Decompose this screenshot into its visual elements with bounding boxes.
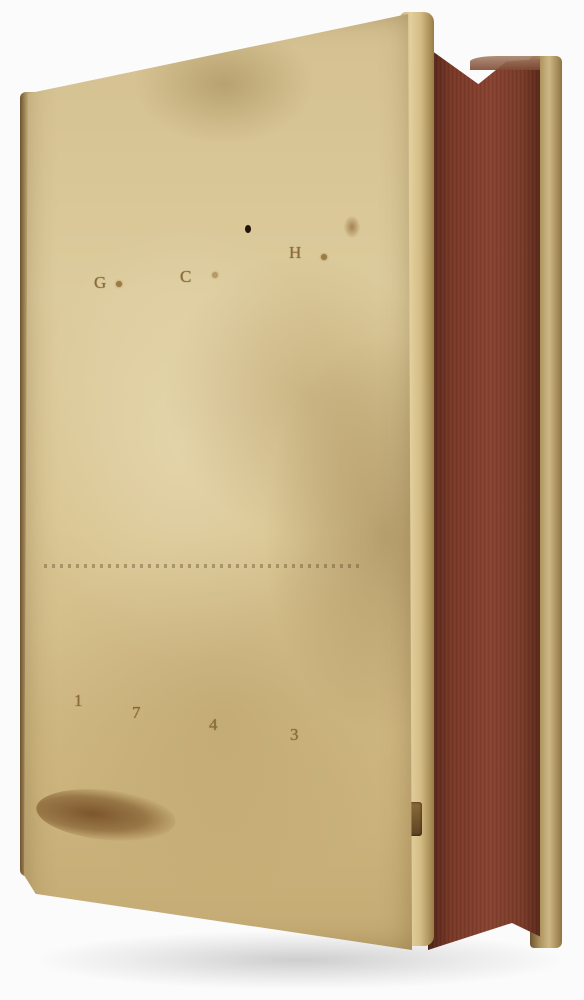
book-photo: G C H 1 7 4 3 [0, 0, 584, 1000]
initial-g: G [94, 274, 106, 291]
red-page-edges [428, 48, 540, 950]
stain-spot [344, 216, 360, 238]
floor-shadow [30, 930, 570, 990]
year-digit-4: 4 [209, 716, 218, 733]
initial-h: H [289, 244, 301, 261]
worm-hole [245, 225, 251, 233]
tooled-dotted-line [44, 564, 364, 568]
year-digit-7: 7 [132, 704, 141, 721]
year-digit-1: 1 [74, 692, 83, 709]
ornament-dot [212, 272, 218, 278]
ornament-dot [116, 281, 122, 287]
ornament-dot [321, 254, 327, 260]
year-digit-3: 3 [290, 726, 299, 743]
initial-c: C [180, 268, 191, 285]
page-block-top [470, 56, 540, 70]
